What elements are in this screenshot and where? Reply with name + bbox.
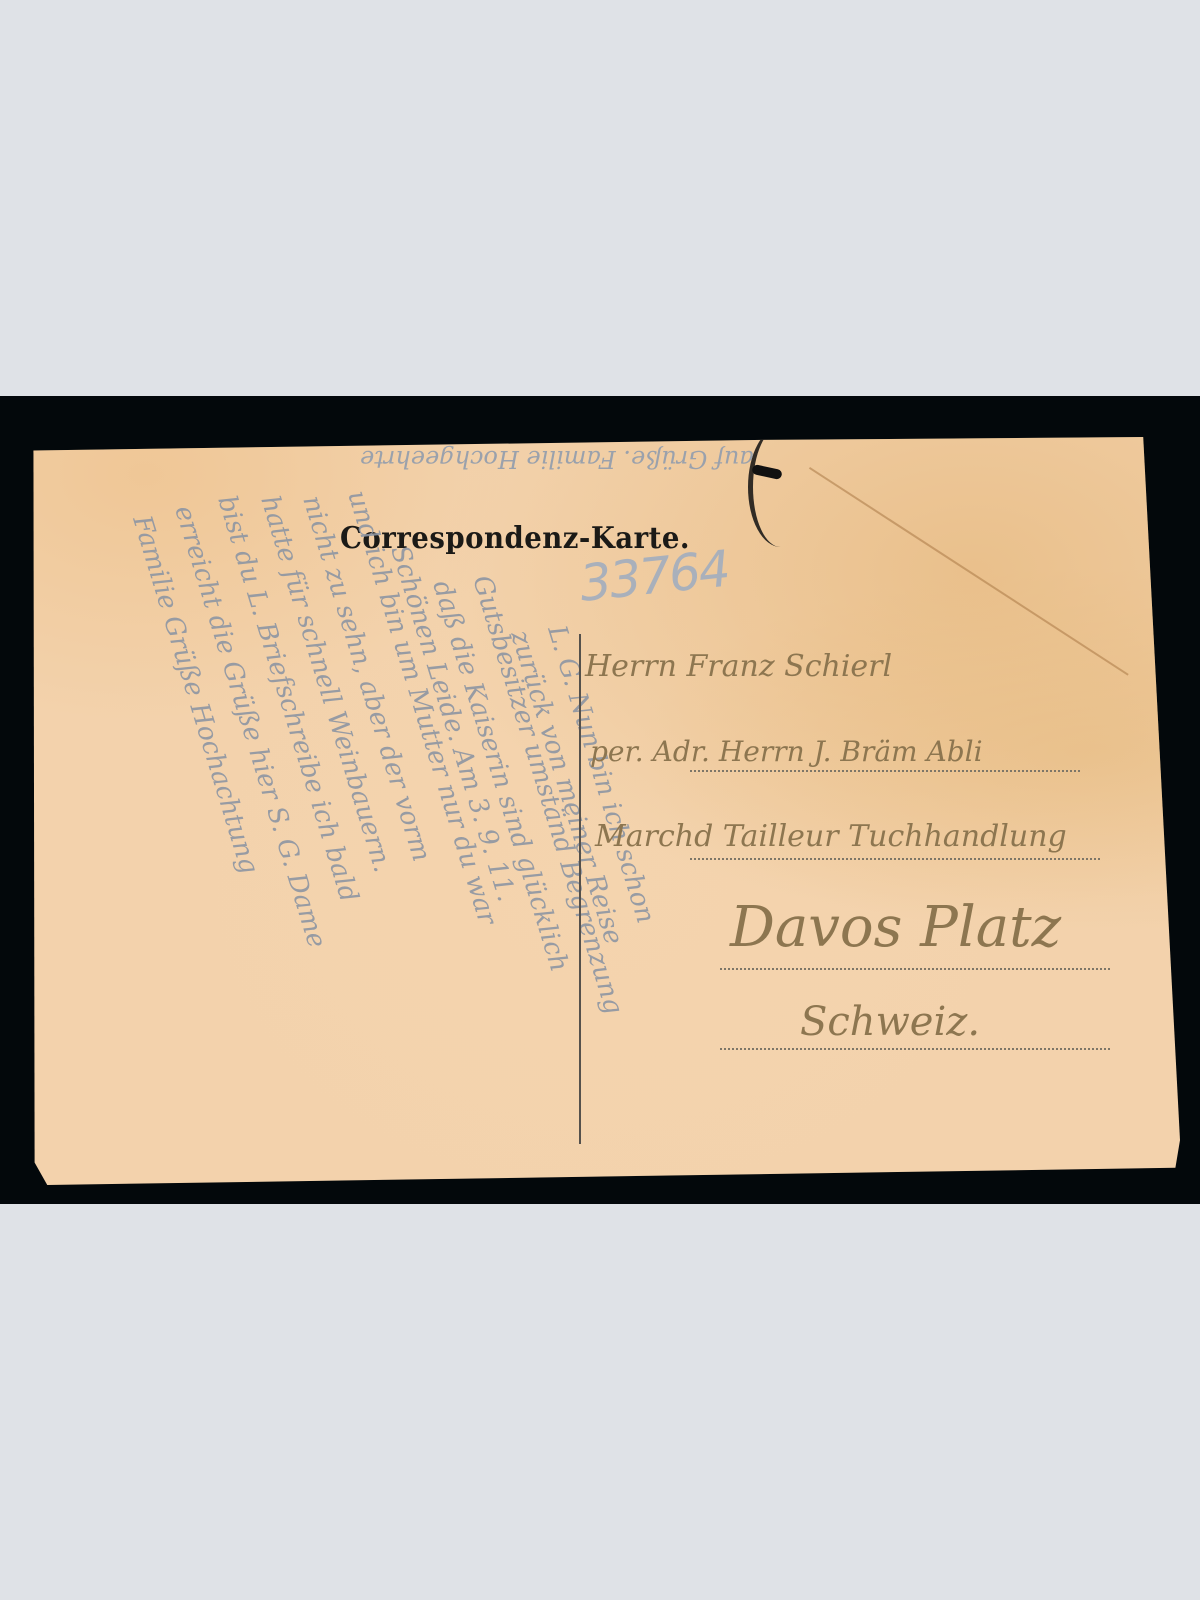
- recipient-care-of: per. Adr. Herrn J. Bräm Abli: [590, 735, 983, 768]
- postmark-icon: [748, 427, 813, 547]
- address-guide-line: [690, 857, 1100, 860]
- recipient-name: Herrn Franz Schierl: [585, 649, 892, 684]
- address-guide-line: [690, 769, 1080, 772]
- handwritten-message: L. G. Nun bin ich schon zurück von meine…: [55, 452, 575, 1152]
- postcard: auf Grüße. Familie Hochgeehrte Correspon…: [30, 437, 1180, 1185]
- vertical-divider: [579, 634, 581, 1144]
- address-guide-line: [720, 1047, 1110, 1050]
- recipient-business: Marchd Tailleur Tuchhandlung: [595, 819, 1067, 854]
- paper-crease: [809, 467, 1129, 676]
- recipient-city: Davos Platz: [730, 895, 1061, 960]
- recipient-country: Schweiz.: [800, 999, 980, 1045]
- address-guide-line: [720, 967, 1110, 970]
